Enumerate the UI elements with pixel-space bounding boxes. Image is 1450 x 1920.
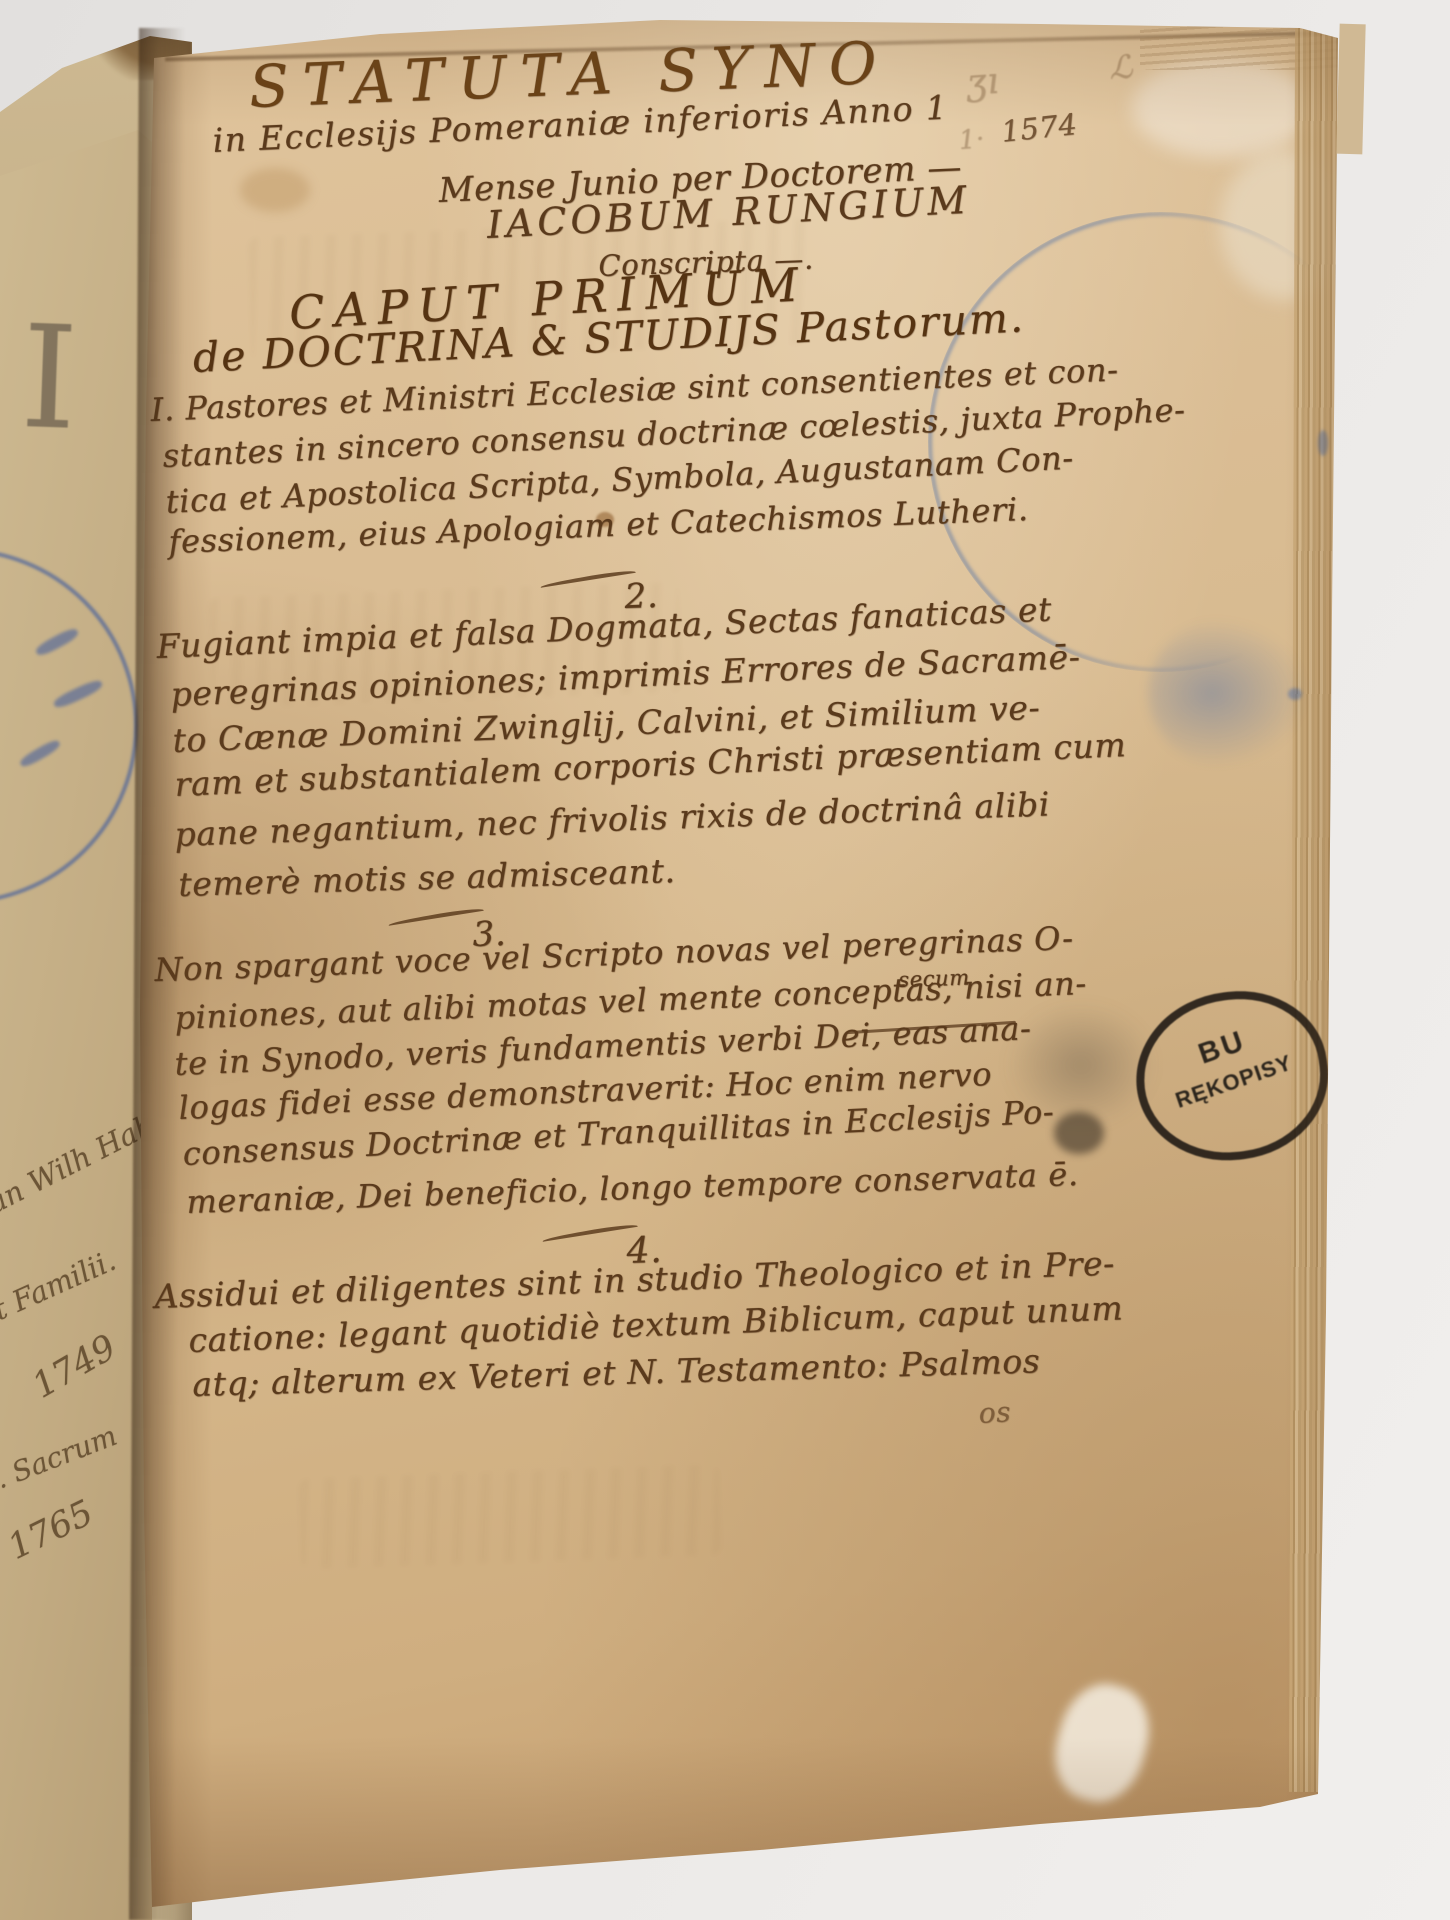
flyleaf-inscription-year: 1765 [2, 1493, 100, 1568]
volume-numeral: I [18, 295, 80, 462]
flyleaf-page: I an Wilh Hab t Familii. 1749 f. Sacrum … [0, 130, 152, 1920]
back-cover-sliver [1336, 24, 1365, 155]
page-edge-vignette [140, 12, 1345, 1907]
ownership-stamp-blue-partial [0, 548, 138, 904]
manuscript-photo: I an Wilh Hab t Familii. 1749 f. Sacrum … [0, 0, 1450, 1920]
manuscript-page: STATUTA SYNO ʒı ℒ in Ecclesijs Pomeraniæ… [140, 12, 1345, 1907]
flyleaf-inscription: f. Sacrum [0, 1419, 121, 1499]
flyleaf-inscription: t Familii. [0, 1243, 121, 1327]
flyleaf-inscription-year: 1749 [26, 1327, 123, 1406]
